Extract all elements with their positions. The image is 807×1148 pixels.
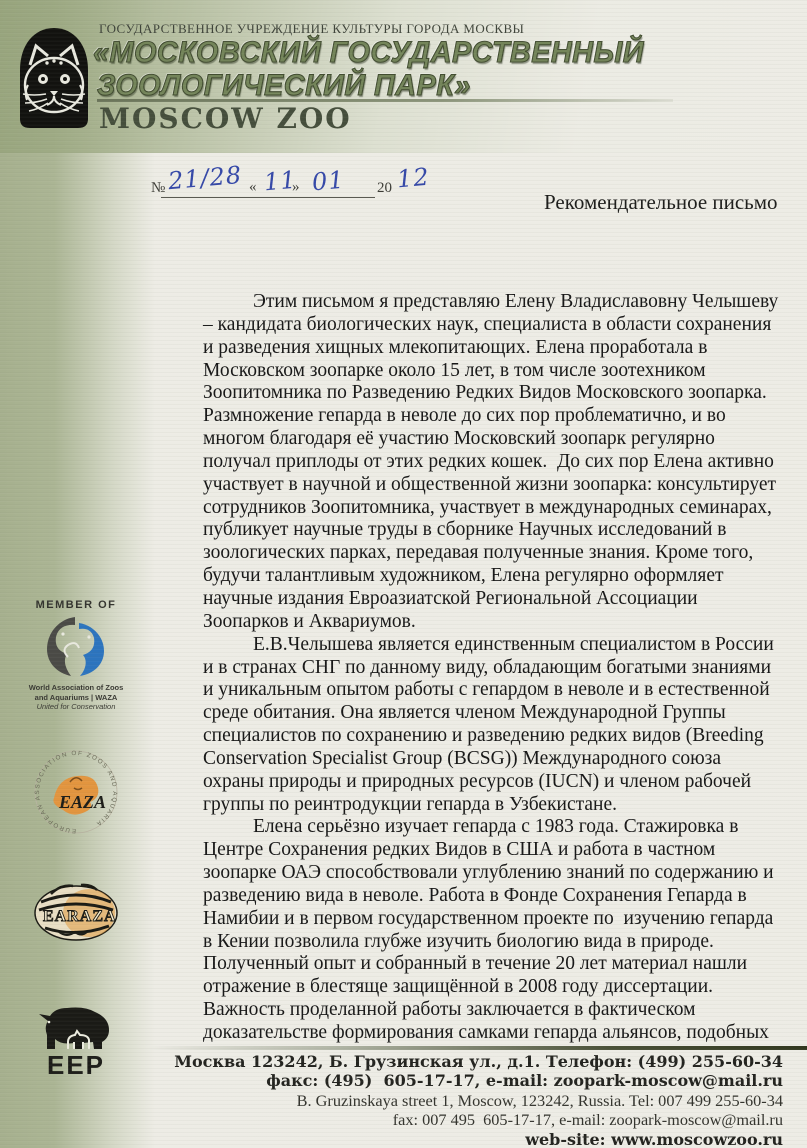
eaza-logo-icon: EUROPEAN ASSOCIATION OF ZOOS AND AQUARIA… [0, 748, 152, 841]
waza-caption-line1: World Association of Zoos [0, 683, 152, 693]
text-line: публикует научные труды в сборнике Научн… [203, 519, 778, 542]
member-of-label: MEMBER OF [0, 599, 152, 611]
paragraph-1: Этим письмом я представляю Елену Владисл… [203, 291, 778, 634]
text-line: многом благодаря её участию Московский з… [203, 428, 778, 451]
waza-logo-icon [0, 615, 152, 684]
scanned-letter-page: ГОСУДАРСТВЕННОЕ УЧРЕЖДЕНИЕ КУЛЬТУРЫ ГОРО… [0, 0, 807, 1148]
footer-contact-block: Москва 123242, Б. Грузинская ул., д.1. Т… [163, 1052, 783, 1148]
text-line: и разведения хищных млекопитающих. Елена… [203, 337, 778, 360]
eep-label: EEP [0, 1050, 152, 1081]
year-prefix-printed: 20 [377, 180, 392, 197]
ref-month-handwritten: 01 [311, 166, 346, 197]
footer-fax-email-ru: факс: (495) 605-17-17, e-mail: zoopark-m… [163, 1071, 783, 1090]
org-name-small: ГОСУДАРСТВЕННОЕ УЧРЕЖДЕНИЕ КУЛЬТУРЫ ГОРО… [99, 21, 524, 37]
paragraph-3: Елена серьёзно изучает гепарда с 1983 го… [203, 816, 778, 1044]
zoo-title-ru-line1: «МОСКОВСКИЙ ГОСУДАРСТВЕННЫЙ [93, 36, 644, 70]
text-line: Полученный опыт и собранный в течение 20… [203, 953, 778, 976]
text-line: группы по реинтродукции гепарда в Узбеки… [203, 794, 778, 817]
footer-fax-email-en: fax: 007 495 605-17-17, e-mail: zoopark-… [163, 1110, 783, 1129]
footer-website: web-site: www.moscowzoo.ru [163, 1130, 783, 1148]
waza-caption-line3: United for Conservation [0, 702, 152, 712]
text-line: Зоопарков и Аквариумов. [203, 611, 778, 634]
zoo-title-en: MOSCOW ZOO [99, 102, 352, 135]
text-line: доказательстве формирования самками гепа… [203, 1022, 778, 1045]
text-line: отражение в блестяще защищённой в 2008 г… [203, 976, 778, 999]
text-line: – кандидата биологических наук, специали… [203, 314, 778, 337]
text-line: Размножение гепарда в неволе до сих пор … [203, 405, 778, 428]
text-line: в Кении позволила глубже изучить биологи… [203, 931, 778, 954]
earaza-logo-icon: EARAZA [0, 880, 152, 955]
text-line: Е.В.Челышева является единственным специ… [203, 634, 778, 657]
text-line: Московском зоопарке около 15 лет, в том … [203, 360, 778, 383]
waza-caption-line2: and Aquariums | WAZA [0, 693, 152, 703]
earaza-label: EARAZA [43, 908, 117, 925]
footer-divider-rule [148, 1046, 807, 1050]
ref-number-label: № [151, 180, 165, 197]
text-line: разведению вида в неволе. Работа в Фонде… [203, 885, 778, 908]
text-line: зоологических парках, передавая полученн… [203, 542, 778, 565]
text-line: специалистов по сохранению и разведению … [203, 725, 778, 748]
text-line: участвует в научной и общественной жизни… [203, 474, 778, 497]
text-line: зоопарке ОАЭ способствовали углублению з… [203, 862, 778, 885]
footer-address-ru: Москва 123242, Б. Грузинская ул., д.1. Т… [163, 1052, 783, 1071]
text-line: и уникальным опытом работы с гепардом в … [203, 679, 778, 702]
text-line: Этим письмом я представляю Елену Владисл… [203, 291, 778, 314]
text-line: охраны природы и природных ресурсов (IUC… [203, 771, 778, 794]
text-line: и в странах СНГ по данному виду, обладаю… [203, 657, 778, 680]
text-line: получал приплоды от этих редких кошек. Д… [203, 451, 778, 474]
text-line: научные издания Евроазиатской Региональн… [203, 588, 778, 611]
text-line: среде обитания. Она является членом Межд… [203, 702, 778, 725]
text-line: будучи талантливым художником, Елена рег… [203, 565, 778, 588]
text-line: Центре Сохранения редких Видов в США и р… [203, 839, 778, 862]
left-edge-green-strip [0, 0, 155, 1148]
ref-day-handwritten: 11 [263, 166, 298, 197]
footer-address-en: B. Gruzinskaya street 1, Moscow, 123242,… [163, 1091, 783, 1110]
text-line: Намибии и в первом государственном проек… [203, 908, 778, 931]
paragraph-2: Е.В.Челышева является единственным специ… [203, 634, 778, 817]
text-line: сотрудников Зоопитомника, участвует в ме… [203, 497, 778, 520]
waza-caption: World Association of Zoos and Aquariums … [0, 683, 152, 712]
manul-cat-icon [14, 25, 94, 136]
letter-title: Рекомендательное письмо [544, 190, 778, 215]
quote-open: « [249, 179, 257, 196]
eaza-label: EAZA [58, 792, 106, 812]
letter-body: Этим письмом я представляю Елену Владисл… [203, 291, 778, 1045]
zoo-title-ru-line2: ЗООЛОГИЧЕСКИЙ ПАРК» [97, 69, 471, 103]
text-line: Conservation Specialist Group (BCSG)) Ме… [203, 748, 778, 771]
ref-year-handwritten: 12 [396, 163, 431, 194]
text-line: Важность проделанной работы заключается … [203, 999, 778, 1022]
text-line: Зоопитомника по Разведению Редких Видов … [203, 382, 778, 405]
eep-rhino-icon [0, 1005, 152, 1056]
text-line: Елена серьёзно изучает гепарда с 1983 го… [203, 816, 778, 839]
